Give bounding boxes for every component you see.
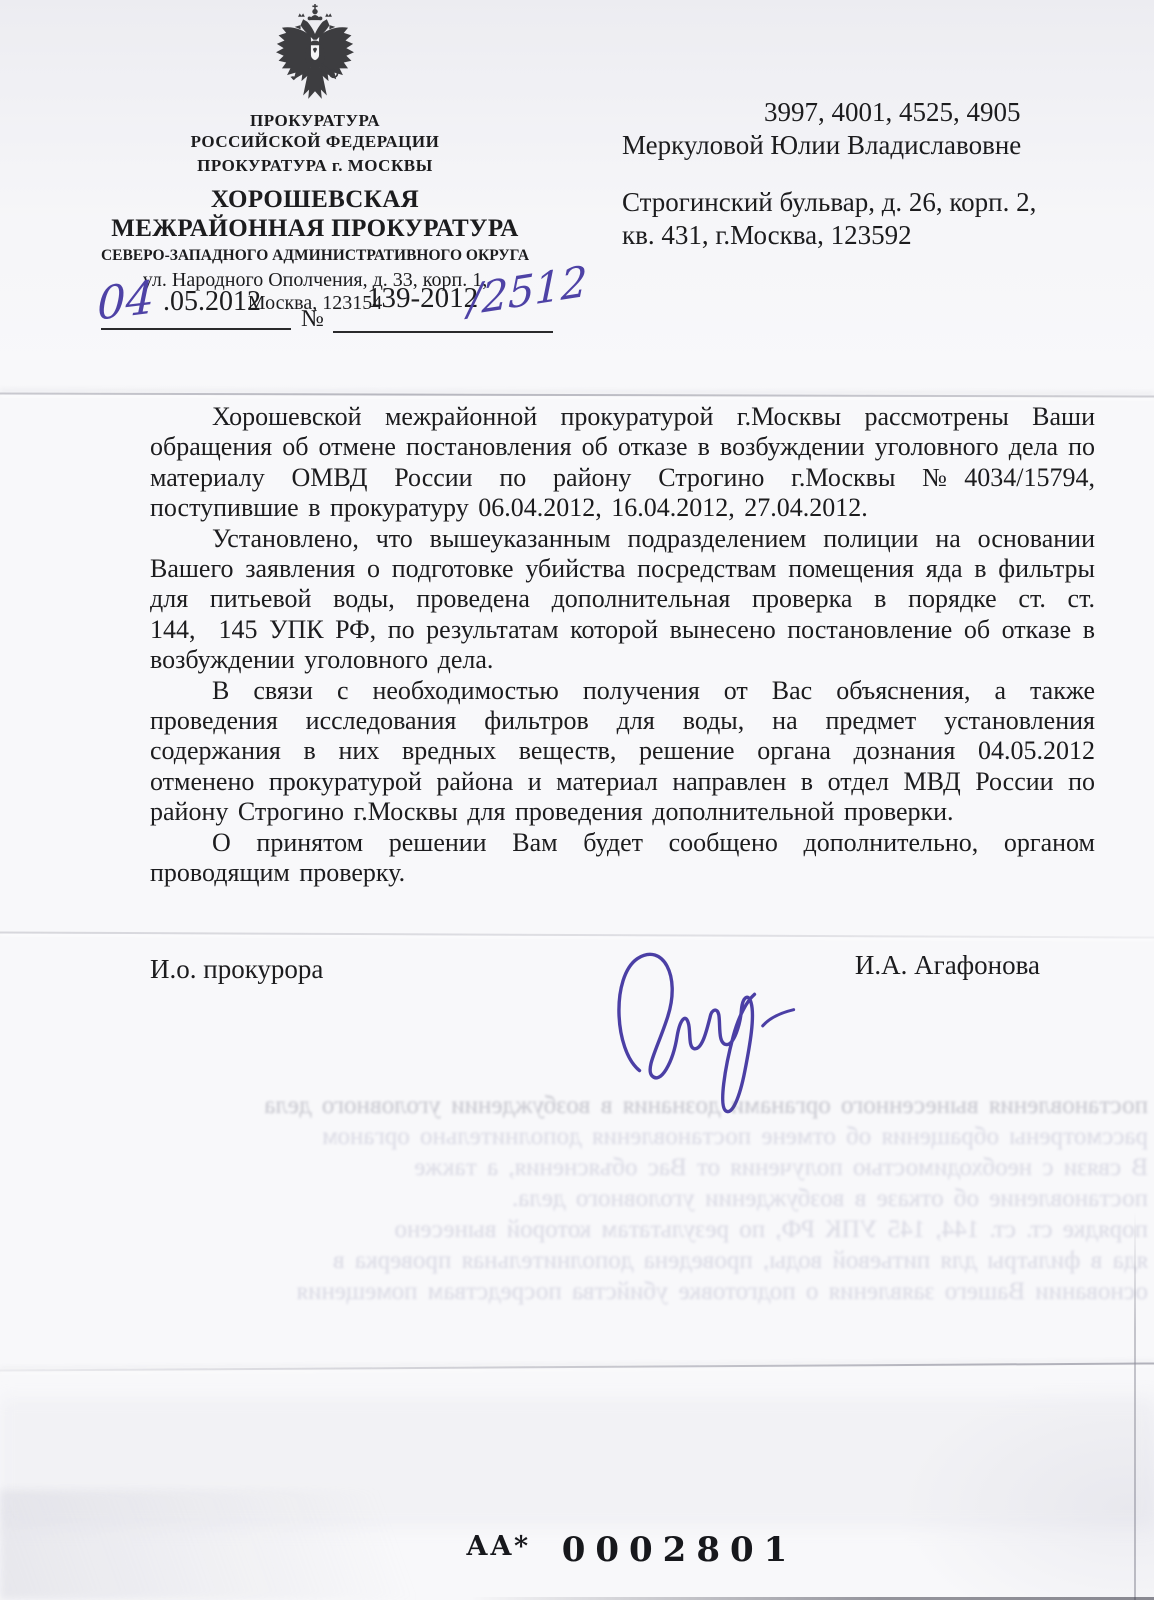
- org-name-line2: РОССИЙСКОЙ ФЕДЕРАЦИИ: [100, 131, 530, 152]
- paper-shadow-band: [0, 1398, 1154, 1528]
- signer-name: И.А. Агафонова: [855, 950, 1040, 981]
- body-paragraph-2: Установлено, что вышеуказанным подраздел…: [150, 524, 1095, 676]
- office-name-line2: МЕЖРАЙОННАЯ ПРОКУРАТУРА: [100, 214, 530, 243]
- letter-body: Хорошевской межрайонной прокуратурой г.М…: [150, 402, 1095, 889]
- number-sign: №: [301, 306, 324, 333]
- bleedthrough-line: В связи с необходимостью получения от Ва…: [148, 1152, 1148, 1183]
- form-number: 0002801: [562, 1530, 798, 1570]
- paper-shadow-bottom-right: [894, 1372, 1154, 1600]
- bleedthrough-line: постановления вынесенного органами дозна…: [148, 1090, 1148, 1121]
- reference-numbers: 3997, 4001, 4525, 4905: [622, 96, 1047, 129]
- letterhead: ПРОКУРАТУРА РОССИЙСКОЙ ФЕДЕРАЦИИ ПРОКУРА…: [100, 0, 530, 315]
- office-name-line1: ХОРОШЕВСКАЯ: [100, 185, 530, 214]
- handwritten-day: 04: [97, 270, 155, 330]
- date-underline: [101, 328, 291, 330]
- reverse-side-bleedthrough: постановления вынесенного органами дозна…: [148, 1090, 1148, 1307]
- bleedthrough-line: постановление об отказе в возбуждении уг…: [148, 1183, 1148, 1214]
- bleedthrough-line: порядке ст. ст. 144, 145 УПК РФ, по резу…: [148, 1214, 1148, 1245]
- printed-outgoing-number: 139-2012: [367, 282, 478, 315]
- form-serial: АА* 0002801: [466, 1530, 797, 1570]
- org-name-line1: ПРОКУРАТУРА: [100, 110, 530, 131]
- body-paragraph-3: В связи с необходимостью получения от Ва…: [150, 676, 1095, 828]
- body-paragraph-1: Хорошевской межрайонной прокуратурой г.М…: [150, 402, 1095, 524]
- number-underline: [333, 331, 553, 333]
- bleedthrough-line: рассмотрены обращения об отмене постанов…: [148, 1121, 1148, 1152]
- addressee-address-line1: Строгинский бульвар, д. 26, корп. 2,: [622, 186, 1047, 219]
- org-name-line3: ПРОКУРАТУРА г. МОСКВЫ: [100, 155, 530, 176]
- addressee-name: Меркуловой Юлии Владиславовне: [622, 129, 1047, 162]
- body-paragraph-4: О принятом решении Вам будет сообщено до…: [150, 828, 1095, 889]
- fold-crease-middle: [0, 931, 1154, 938]
- addressee-block: 3997, 4001, 4525, 4905 Меркуловой Юлии В…: [622, 96, 1047, 252]
- addressee-address-line2: кв. 431, г.Москва, 123592: [622, 219, 1047, 252]
- bleedthrough-line: яда в фильтры для питьевой воды, проведе…: [148, 1245, 1148, 1276]
- bleedthrough-line: основании Вашего заявления о подготовке …: [148, 1276, 1148, 1307]
- date-number-line: 04 .05.2012 № 139-2012 /2512: [95, 276, 575, 346]
- scanned-letter-page: ПРОКУРАТУРА РОССИЙСКОЙ ФЕДЕРАЦИИ ПРОКУРА…: [0, 0, 1154, 1600]
- addressee-gap: [622, 162, 1047, 186]
- signer-position: И.о. прокурора: [150, 954, 323, 985]
- fold-crease-lower: [0, 1362, 1154, 1371]
- russian-coat-of-arms-icon: [272, 4, 358, 104]
- fold-crease-upper: [0, 392, 1154, 397]
- form-series: АА*: [466, 1531, 530, 1562]
- district-line: СЕВЕРО-ЗАПАДНОГО АДМИНИСТРАТИВНОГО ОКРУГ…: [100, 246, 530, 265]
- printed-date: .05.2012: [163, 286, 261, 318]
